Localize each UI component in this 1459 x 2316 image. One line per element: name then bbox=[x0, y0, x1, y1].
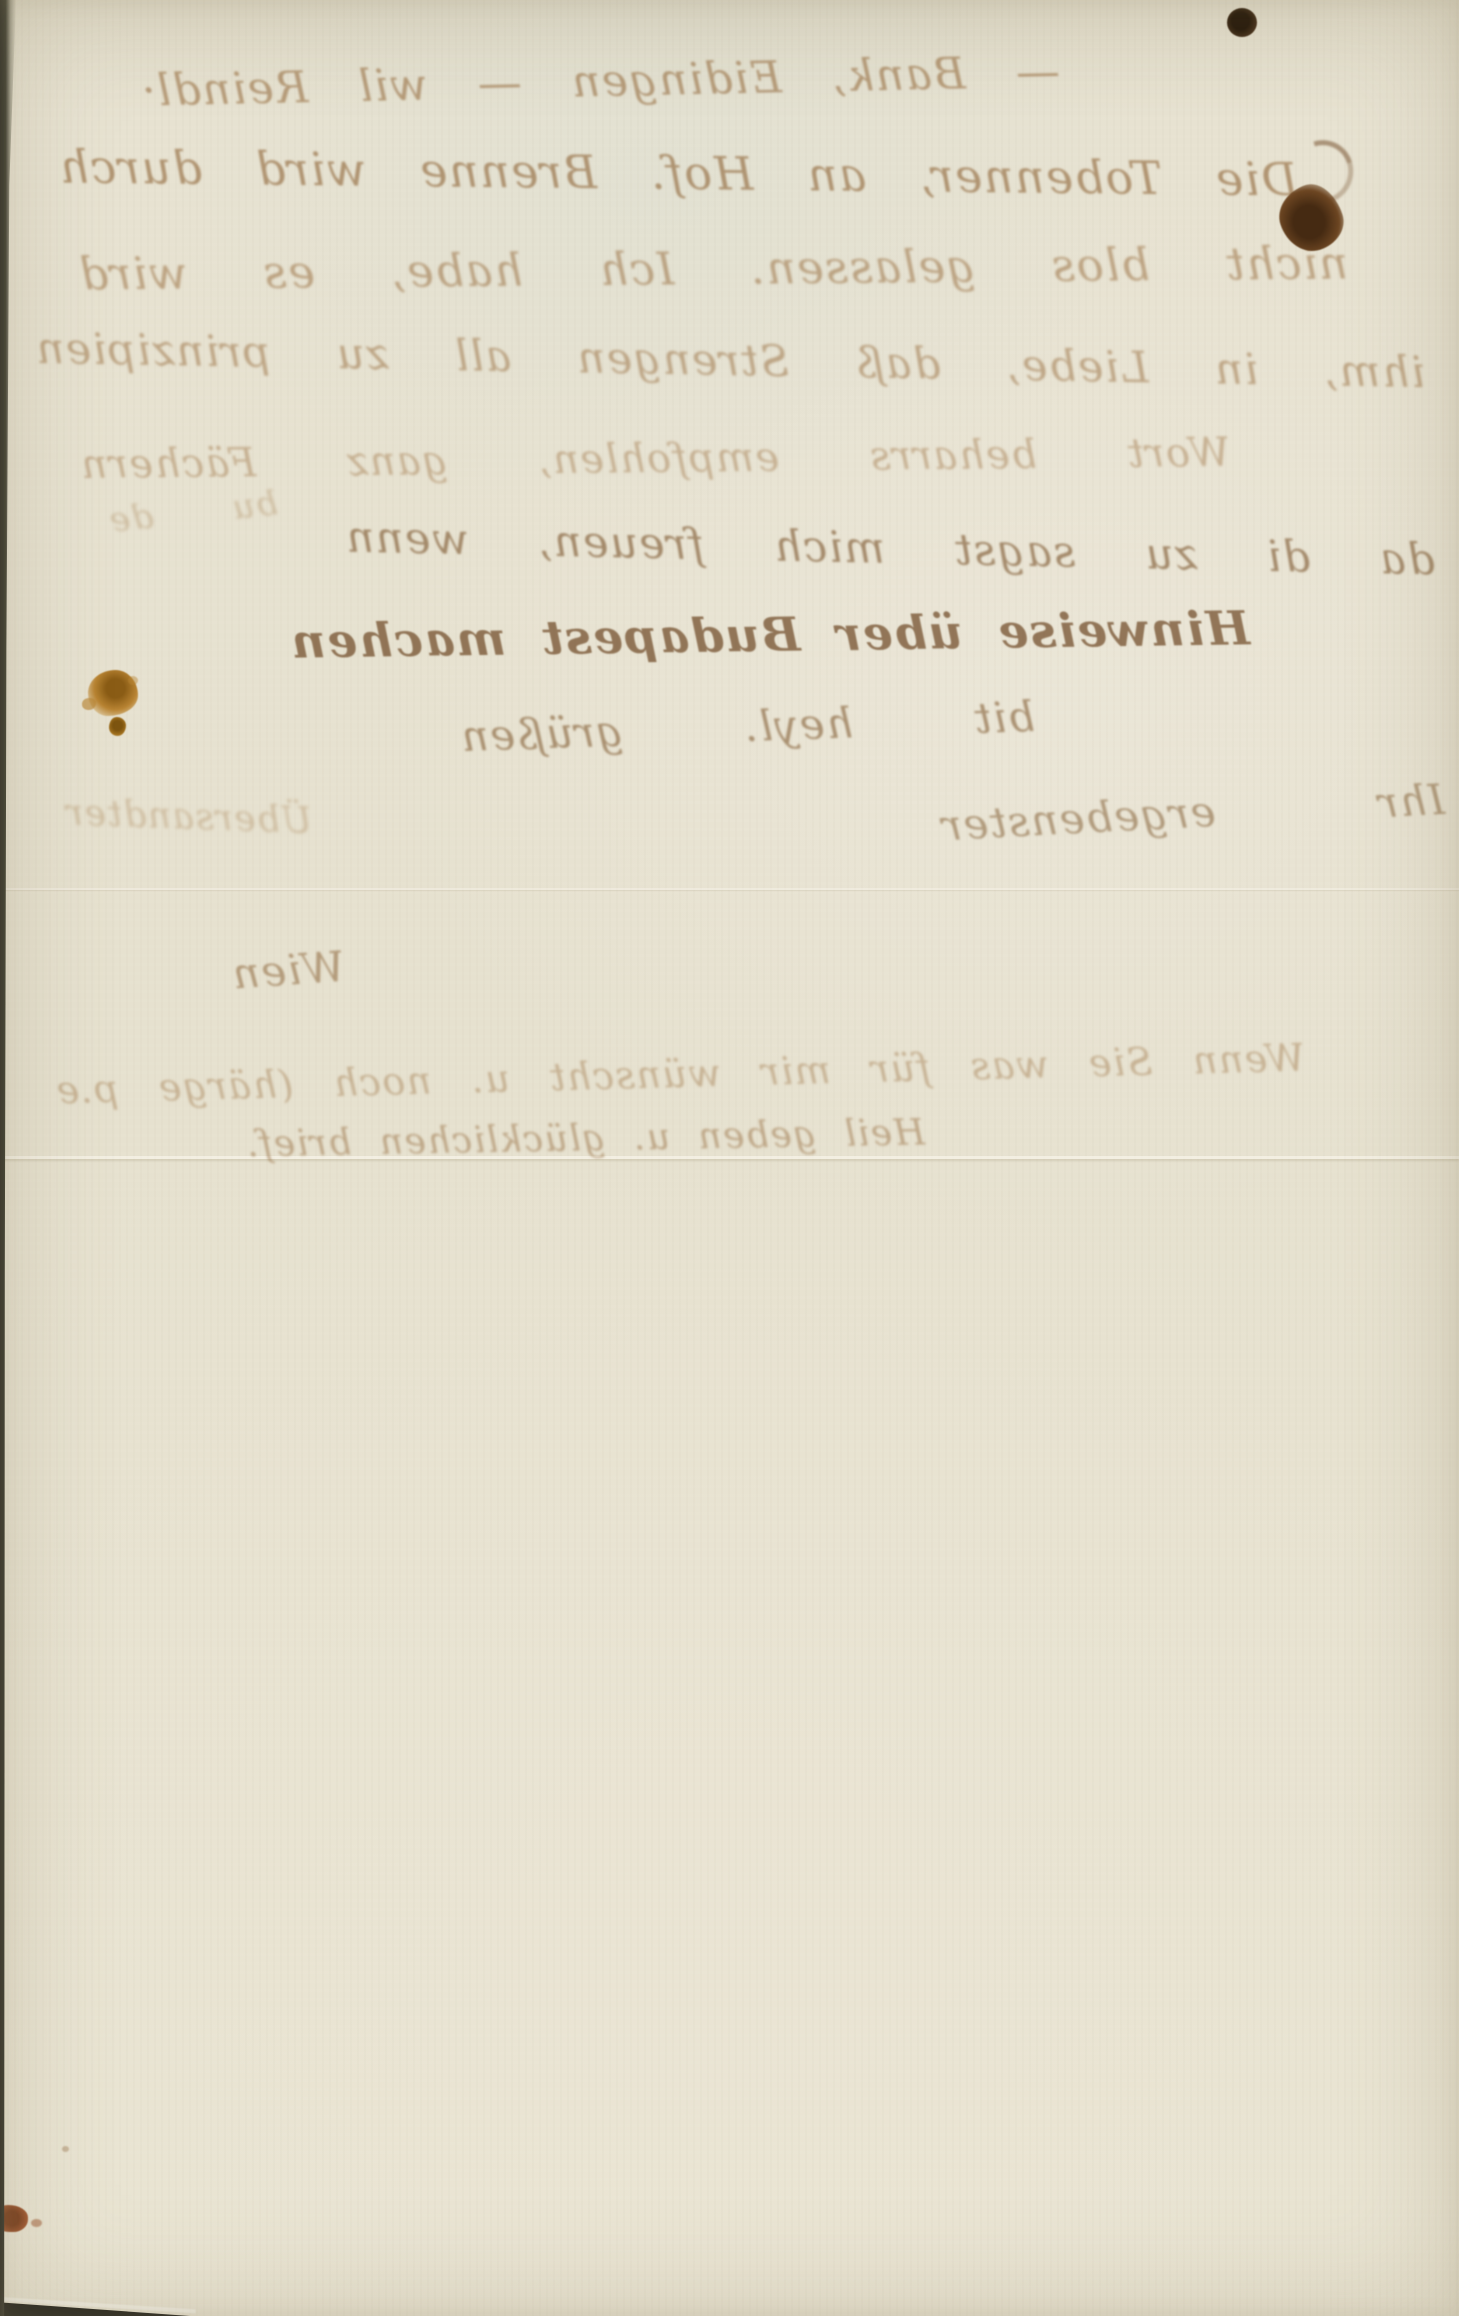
paper-vignette bbox=[0, 0, 1459, 2316]
scanned-letter-page: — Bank, Eidingen — wil Reindl· Die Toben… bbox=[0, 0, 1459, 2316]
